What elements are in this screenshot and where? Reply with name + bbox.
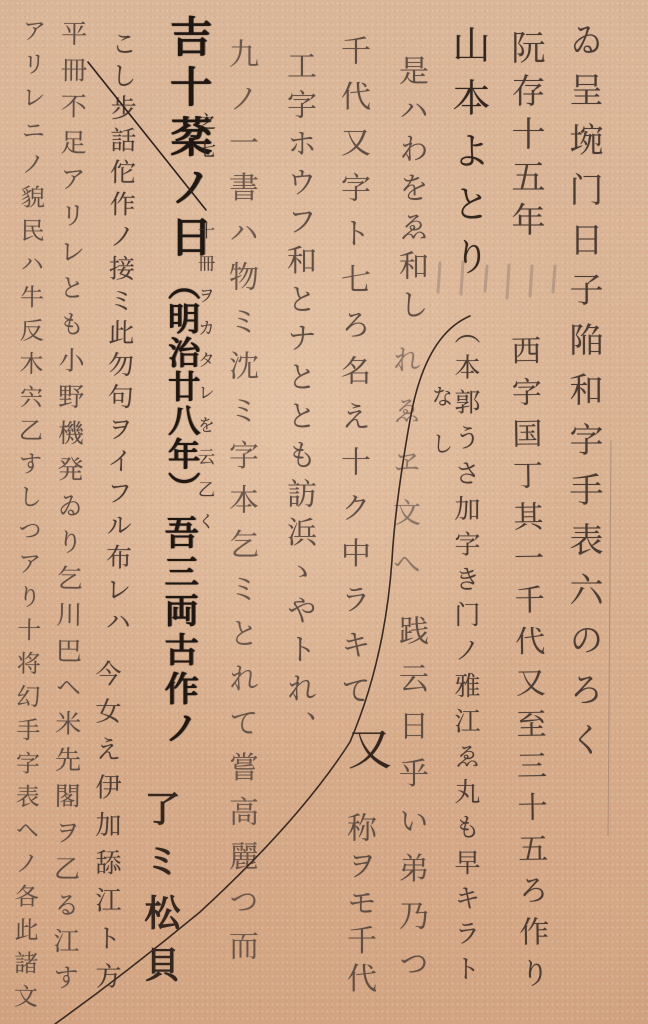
handwritten-letter-page: ゐ呈埦门日子陥和字手表六のろく 阮存十五年 西字国丁其一千代又至三十五ろ作り 山…: [0, 0, 648, 1024]
column-6: 工字ホウフ和とナととも訪浜ゝやトれ、: [283, 50, 313, 750]
column-4-upper: 是ハわをゑ和し: [395, 55, 425, 328]
faint-vertical-rule: [608, 440, 611, 836]
column-4-middle-faint: れゑヱ文へ: [391, 345, 419, 600]
column-1: ゐ呈埦门日子陥和字手表六のろく: [566, 22, 600, 772]
column-3-lower: （本郭うさ加字き门ノ雅江ゑ丸も早キラト: [452, 318, 478, 991]
column-10: 平冊不足アリレとも小野機発ゐり乞川巴ヘ米先閣ヲ乙る江す: [50, 20, 85, 1000]
column-5-emphasis: 又: [343, 726, 387, 770]
annotation-small-2: 十冊ヲカタレを云乙く: [195, 222, 212, 545]
column-9-lower: 今女え伊加舔江ト方: [93, 660, 119, 1000]
column-11: アリレニノ貌民ハ牛反木宍乙すしつアり十将幻手字表ヘノ各此諸文: [11, 18, 44, 1017]
column-8-signature: 了ミ松貝: [142, 790, 178, 998]
column-5-upper: 千代又字ト七ろ名え十ク中ラキて: [337, 35, 367, 721]
column-2-upper: 阮存十五年: [508, 30, 542, 245]
column-9-upper: こし步話佗作ノ接ミ此勿句ヲイフル布レハ: [103, 30, 135, 640]
column-3-side-note: なし: [429, 385, 451, 479]
column-7: 九ノ一書ハ物ミ沈ミ字本乞ミとれて嘗高麗つ而: [225, 38, 255, 975]
column-8-middle: 吾三両古作ノ: [161, 515, 195, 749]
column-3-upper: 山本よとり: [449, 25, 487, 290]
annotation-small-1: 之七: [196, 112, 214, 168]
column-4-lower: 践云日乎い弟乃つ: [395, 615, 425, 995]
column-5-lower: 称ヲモ千代: [343, 812, 373, 1000]
column-2-lower: 西字国丁其一千代又至三十五ろ作り: [507, 335, 546, 999]
